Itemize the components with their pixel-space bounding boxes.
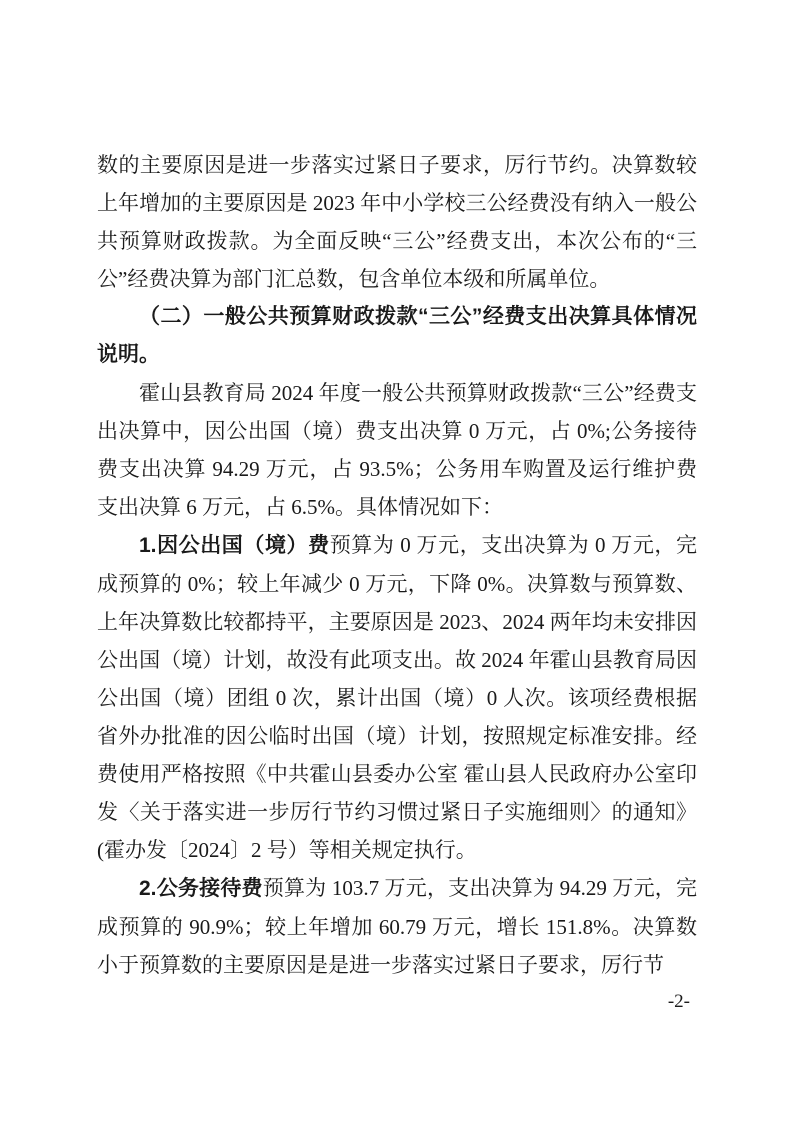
paragraph-item-1: 1.因公出国（境）费预算为 0 万元，支出决算为 0 万元，完成预算的 0%；较… <box>97 526 697 869</box>
item-1-text: 预算为 0 万元，支出决算为 0 万元，完成预算的 0%；较上年减少 0 万元，… <box>97 533 697 862</box>
section-heading: （二）一般公共预算财政拨款“三公”经费支出决算具体情况说明。 <box>97 298 697 374</box>
item-2-label: 2.公务接待费 <box>139 877 263 900</box>
paragraph-overview: 霍山县教育局 2024 年度一般公共预算财政拨款“三公”经费支出决算中，因公出国… <box>97 374 697 526</box>
paragraph-continued-from-previous-page: 数的主要原因是进一步落实过紧日子要求，厉行节约。决算数较上年增加的主要原因是 2… <box>97 146 697 298</box>
document-body: 数的主要原因是进一步落实过紧日子要求，厉行节约。决算数较上年增加的主要原因是 2… <box>97 146 697 984</box>
page-number: -2- <box>668 991 690 1013</box>
item-1-label: 1.因公出国（境）费 <box>139 534 330 557</box>
document-page: 数的主要原因是进一步落实过紧日子要求，厉行节约。决算数较上年增加的主要原因是 2… <box>0 0 793 1122</box>
paragraph-item-2: 2.公务接待费预算为 103.7 万元，支出决算为 94.29 万元，完成预算的… <box>97 869 697 984</box>
